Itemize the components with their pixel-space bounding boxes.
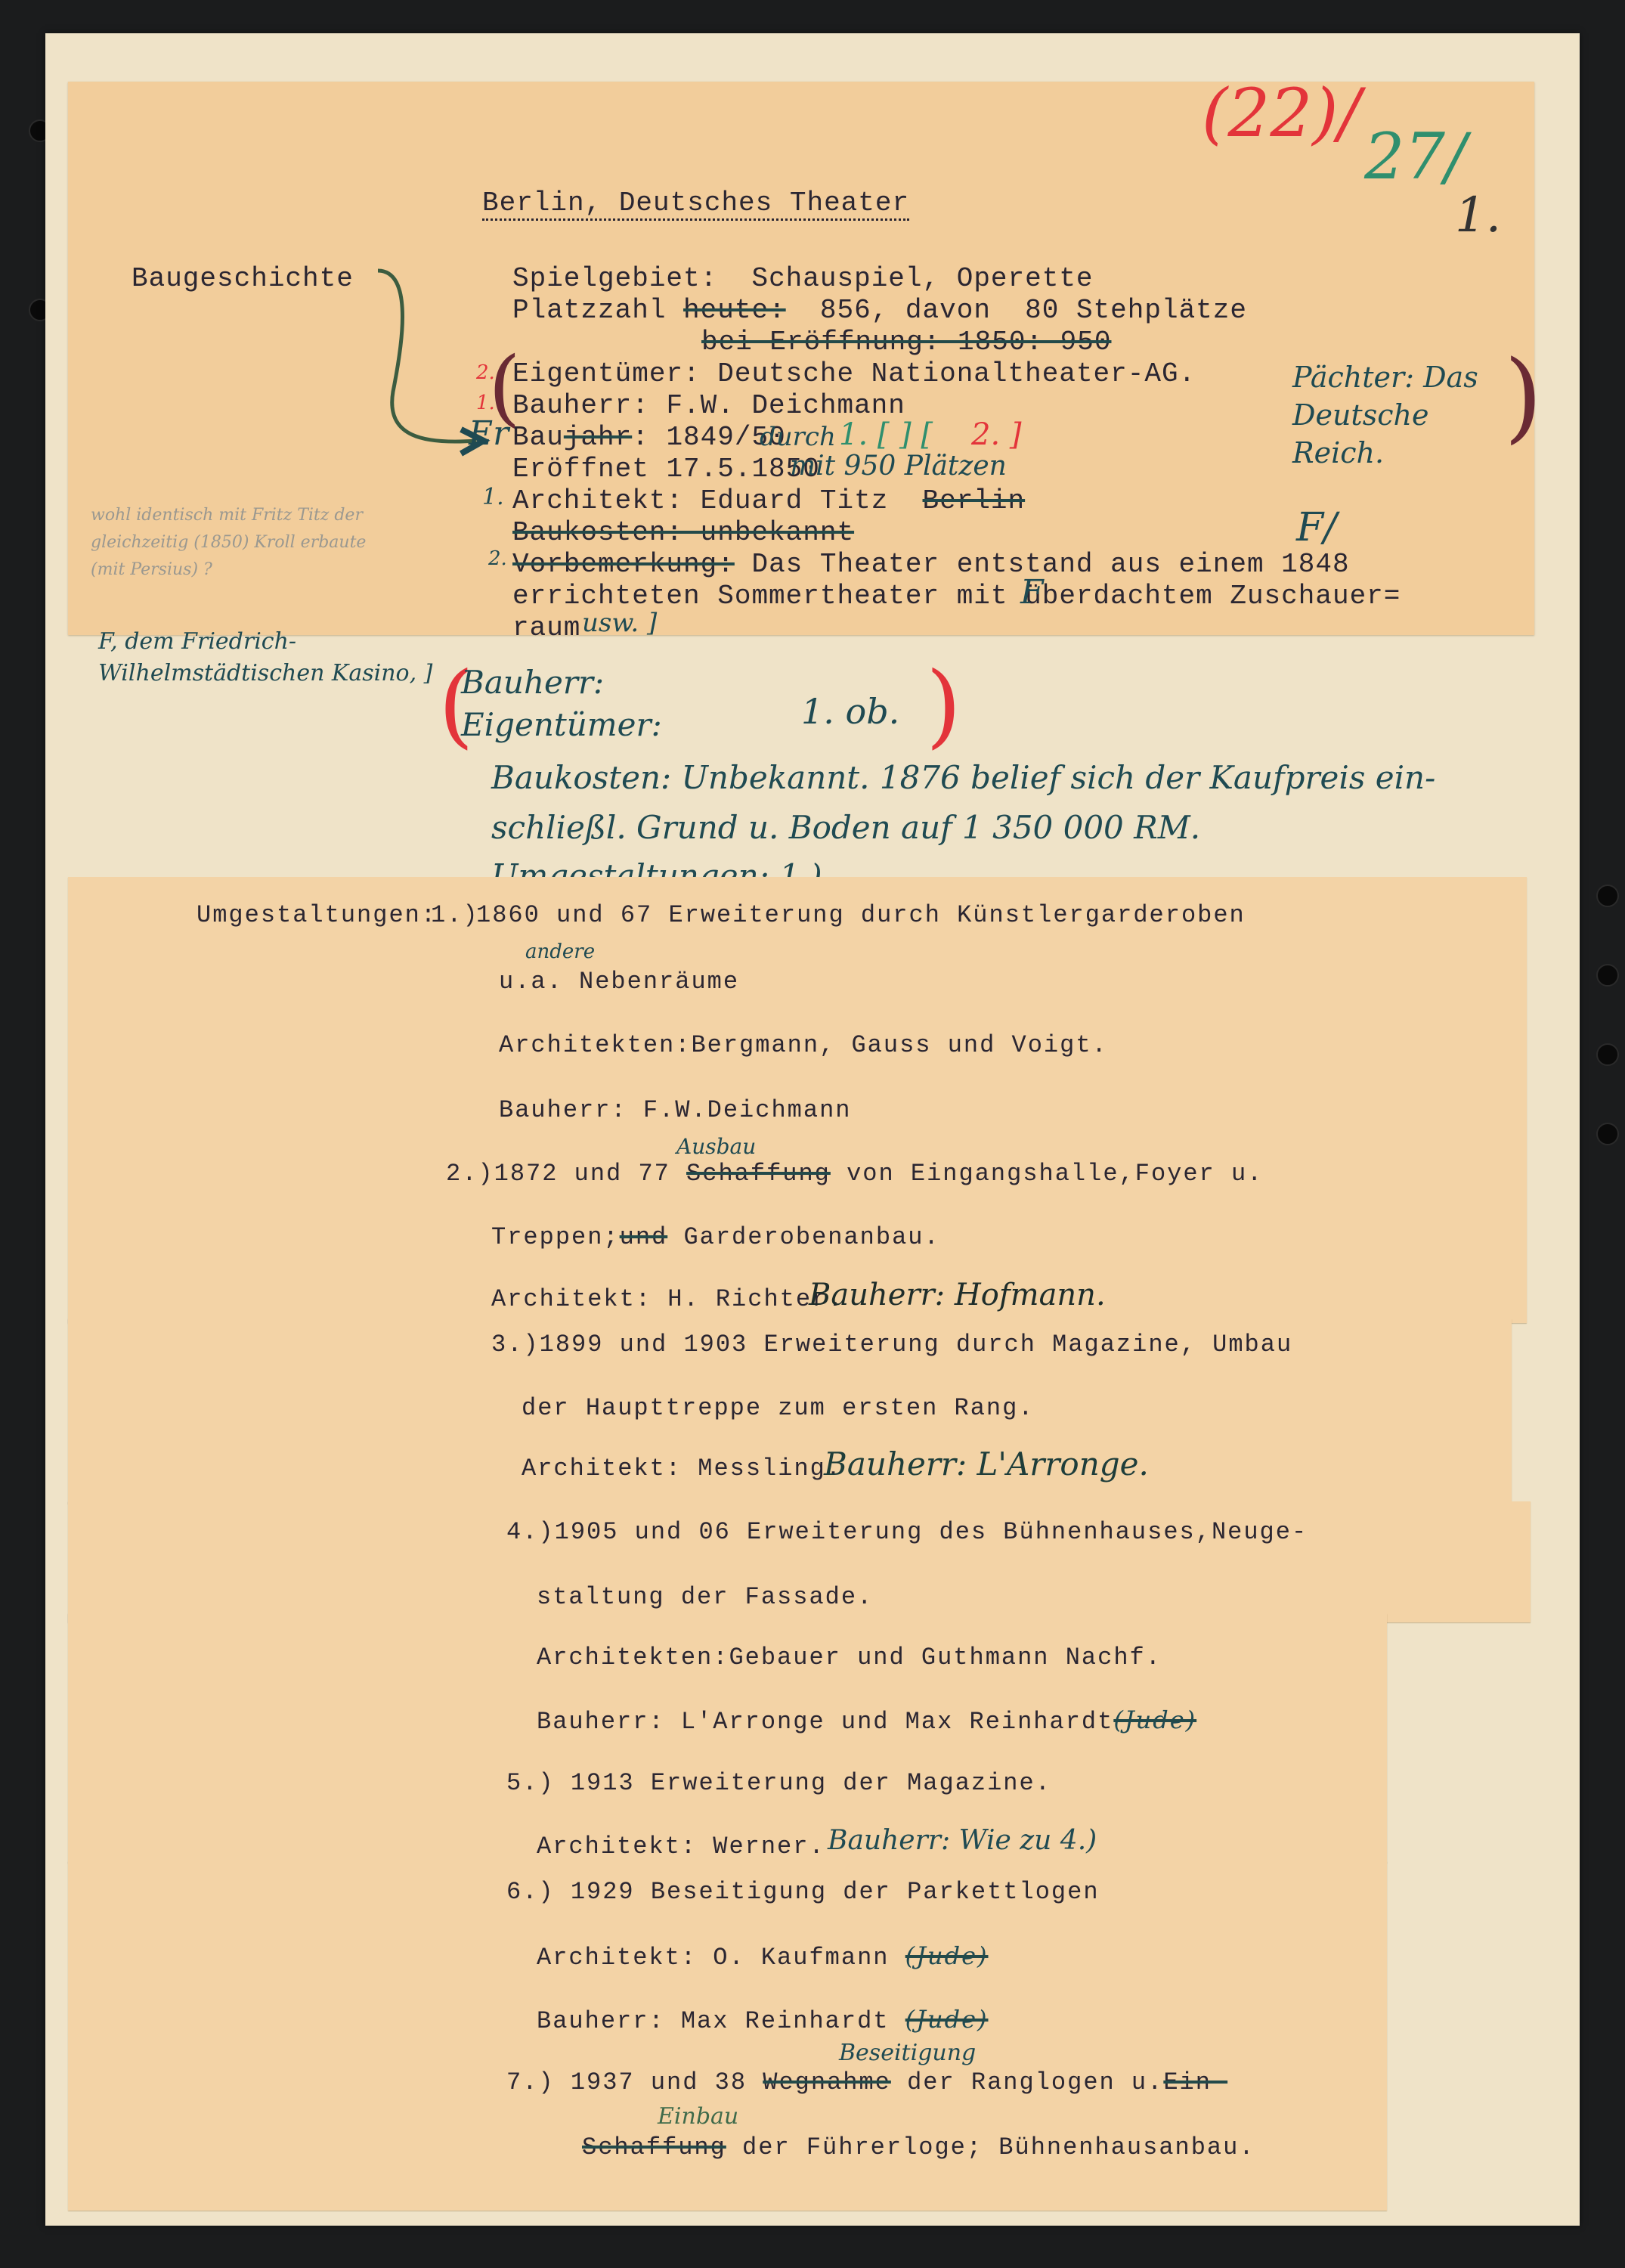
item-5-architekt: Architekt: Werner. [537, 1833, 825, 1861]
strip-umgestaltung-4: 4.)1905 und 06 Erweiterung des Bühnenhau… [68, 1501, 1531, 1622]
umgestaltungen-label: Umgestaltungen: [197, 901, 437, 929]
f-mark-mid: F [1020, 573, 1044, 612]
binder-hole [1596, 885, 1619, 907]
item-1-bauherr: Bauherr: F.W.Deichmann [499, 1096, 851, 1124]
item-3-bauherr-hand: Bauherr: L'Arronge. [824, 1445, 1149, 1483]
item-7-line2: Schaffung der Führerloge; Bühnenhausanba… [582, 2133, 1255, 2161]
item-2-bauherr-hand: Bauherr: Hofmann. [809, 1278, 1106, 1312]
field-baukosten-struck: Baukosten: unbekannt [512, 517, 854, 548]
strip-umgestaltung-6-7: 6.) 1929 Beseitigung der Parkettlogen Ar… [68, 1861, 1387, 2211]
strip-umgestaltung-3: 3.)1899 und 1903 Erweiterung durch Magaz… [68, 1318, 1512, 1504]
vorbemerkung-marker: 2. [488, 547, 507, 570]
hw-baukosten: Baukosten: Unbekannt. 1876 belief sich d… [491, 759, 1435, 796]
item-7-insert-2: Einbau [658, 2103, 738, 2130]
document-title: Berlin, Deutsches Theater [482, 187, 909, 218]
item-7-line1: 7.) 1937 und 38 Wegnahme der Ranglogen u… [506, 2068, 1227, 2096]
item-6-bauherr: Bauherr: Max Reinhardt (Jude) [537, 2005, 989, 2035]
bracket-marker-mid: ] [ [899, 417, 933, 452]
binder-hole [1596, 1043, 1619, 1066]
bracket-close: ) [1504, 339, 1543, 454]
hw-baukosten-2: schließl. Grund u. Boden auf 1 350 000 R… [491, 809, 1200, 846]
field-eroeffnung-struck: bei Eröffnung: 1850: 950 [701, 327, 1111, 358]
strip-umgestaltung-4b-5: Architekten:Gebauer und Guthmann Nachf. … [68, 1613, 1387, 1863]
item-3-line1: 3.)1899 und 1903 Erweiterung durch Magaz… [491, 1331, 1292, 1359]
header-card: (22)/ 27/ 1. Berlin, Deutsches Theater B… [68, 82, 1534, 635]
bracket-marker-2: 2. ] [971, 417, 1021, 452]
item-2-line1: 2.)1872 und 77 Schaffung von Eingangshal… [446, 1160, 1263, 1188]
field-vorbemerkung-2: errichteten Sommertheater mit überdachte… [512, 581, 1401, 612]
item-5-bauherr-hand: Bauherr: Wie zu 4.) [828, 1825, 1097, 1856]
hw-bracket-close: ) [926, 653, 961, 758]
item-5-line1: 5.) 1913 Erweiterung der Magazine. [506, 1769, 1051, 1797]
item-1-architekt: Architekten:Bergmann, Gauss und Voigt. [499, 1031, 1108, 1059]
side-label-baugeschichte: Baugeschichte [132, 263, 354, 294]
hand-mit-950: mit 950 Plätzen [790, 451, 1007, 482]
item-1-line2: u.a. Nebenräume [499, 968, 739, 996]
item-6-architekt: Architekt: O. Kaufmann (Jude) [537, 1941, 989, 1972]
field-baujahr: Baujahr: 1849/50 [512, 422, 786, 453]
item-1-insert: andere [525, 940, 595, 963]
strip-umgestaltung-1-2: Umgestaltungen: 1.) 1860 und 67 Erweiter… [68, 877, 1527, 1323]
note-friedrich-wilhelmstaedtisch: F, dem Friedrich-Wilhelmstädtischen Kasi… [98, 626, 453, 689]
field-bauherr: Bauherr: F.W. Deichmann [512, 390, 905, 421]
item-4-line1: 4.)1905 und 06 Erweiterung des Bühnenhau… [506, 1518, 1308, 1546]
item-4-bauherr: Bauherr: L'Arronge und Max Reinhardt(Jud… [537, 1706, 1196, 1736]
item-1-line1: 1860 und 67 Erweiterung durch Künstlerga… [476, 901, 1246, 929]
field-platzzahl: Platzzahl heute: 856, davon 80 Stehplätz… [512, 295, 1247, 326]
item-6-line1: 6.) 1929 Beseitigung der Parkettlogen [506, 1878, 1100, 1906]
item-4-line2: staltung der Fassade. [537, 1583, 873, 1611]
page-number-green: 27/ [1364, 119, 1466, 194]
item-2-architekt: Architekt: H. Richter. [491, 1285, 843, 1313]
hand-prefix-er: Er [469, 414, 509, 453]
f-mark-top: F/ [1296, 505, 1337, 550]
hand-durch: durch [760, 422, 836, 452]
archive-page: (22)/ 27/ 1. Berlin, Deutsches Theater B… [45, 33, 1580, 2226]
architect-marker: 1. [482, 484, 504, 510]
bracket-marker-1: 1. [ [839, 417, 889, 452]
hw-ref: 1. ob. [801, 691, 899, 732]
item-2-line2: Treppen;und Garderobenanbau. [491, 1223, 940, 1251]
binder-hole [1596, 964, 1619, 987]
item-4-architekt: Architekten:Gebauer und Guthmann Nachf. [537, 1644, 1162, 1672]
item-2-insert: Ausbau [676, 1134, 756, 1159]
field-eroeffnet: Eröffnet 17.5.1850 [512, 454, 820, 485]
item-7-insert: Beseitigung [839, 2040, 976, 2066]
hw-eigentuemer: Eigentümer: [461, 706, 662, 743]
hand-raum-suffix: usw. ] [582, 608, 657, 638]
page-number-red: (22)/ [1202, 74, 1360, 152]
item-3-line2: der Haupttreppe zum ersten Rang. [522, 1394, 1035, 1422]
field-spielgebiet: Spielgebiet: Schauspiel, Operette [512, 263, 1094, 294]
hw-bauherr: Bauherr: [461, 664, 604, 701]
item-3-architekt: Architekt: Messling. [522, 1455, 842, 1483]
page-number-pencil: 1. [1455, 187, 1501, 243]
pencil-note: wohl identisch mit Fritz Titz der gleich… [91, 502, 378, 584]
binder-hole [1596, 1123, 1619, 1145]
item-1-num: 1.) [431, 901, 479, 929]
field-vorbemerkung-3: raum [512, 612, 580, 643]
field-eigentuemer: Eigentümer: Deutsche Nationaltheater-AG. [512, 358, 1196, 389]
field-vorbemerkung: Vorbemerkung: Das Theater entstand aus e… [512, 549, 1350, 580]
field-architekt: Architekt: Eduard Titz Berlin [512, 485, 1025, 516]
note-paechter: Pächter: Das Deutsche Reich. [1292, 358, 1512, 472]
